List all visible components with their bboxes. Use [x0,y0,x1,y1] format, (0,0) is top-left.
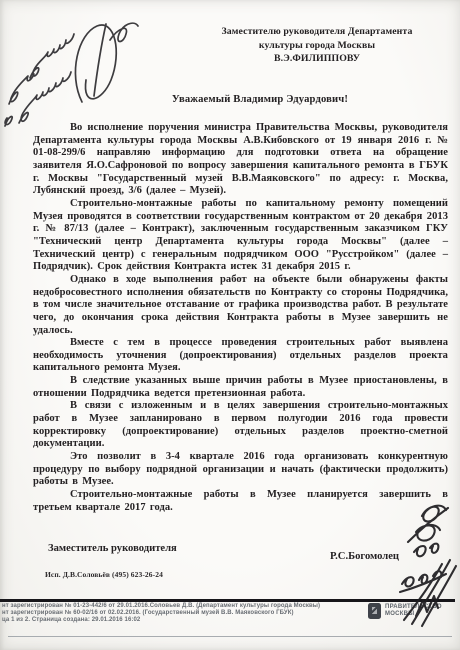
paragraph-6: В связи с изложенным и в целях завершени… [33,400,448,451]
executor-line: Исп. Д.В.Соловьёв (495) 623-26-24 [45,570,163,579]
scanned-letter-page: Заместителю руководителя Департамента ку… [0,0,460,650]
registration-stamp: нт зарегистрирован № 01-23-442/6 от 29.0… [2,603,320,625]
paragraph-4: Вместе с тем в процессе проведения строи… [33,337,448,375]
registration-line-2: нт зарегистрирован № 60-02/16 от 02.02.2… [2,610,320,617]
addressee-block: Заместителю руководителя Департамента ку… [221,25,413,66]
paragraph-7: Это позволит в 3-4 квартале 2016 года ор… [33,451,448,489]
paragraph-1: Во исполнение поручения министра Правите… [33,122,448,198]
salutation: Уважаемый Владимир Эдуардович! [60,94,460,105]
signature-name: Р.С.Богомолец [330,551,399,562]
paragraph-8: Строительно-монтажные работы в Музее пла… [33,489,448,514]
paragraph-2: Строительно-монтажные работы по капиталь… [33,198,448,274]
paragraph-5: В следствие указанных выше причин работы… [33,375,448,400]
signature-position: Заместитель руководителя [48,543,177,554]
registration-line-3: ца 1 из 2. Страница создана: 29.01.2016 … [2,617,320,624]
moscow-coat-of-arms-icon [368,603,381,619]
footer-divider-bottom [8,636,452,637]
footer-divider-top [0,599,455,602]
addressee-line-2: культуры города Москвы [221,39,413,53]
addressee-line-3: В.Э.ФИЛИППОВУ [221,52,413,66]
letter-body: Во исполнение поручения министра Правите… [33,122,448,514]
addressee-line-1: Заместителю руководителя Департамента [221,25,413,39]
handwritten-signature-icon [392,500,460,628]
handwritten-note-icon [0,0,173,138]
paragraph-3: Однако в ходе выполнения работ на объект… [33,274,448,337]
